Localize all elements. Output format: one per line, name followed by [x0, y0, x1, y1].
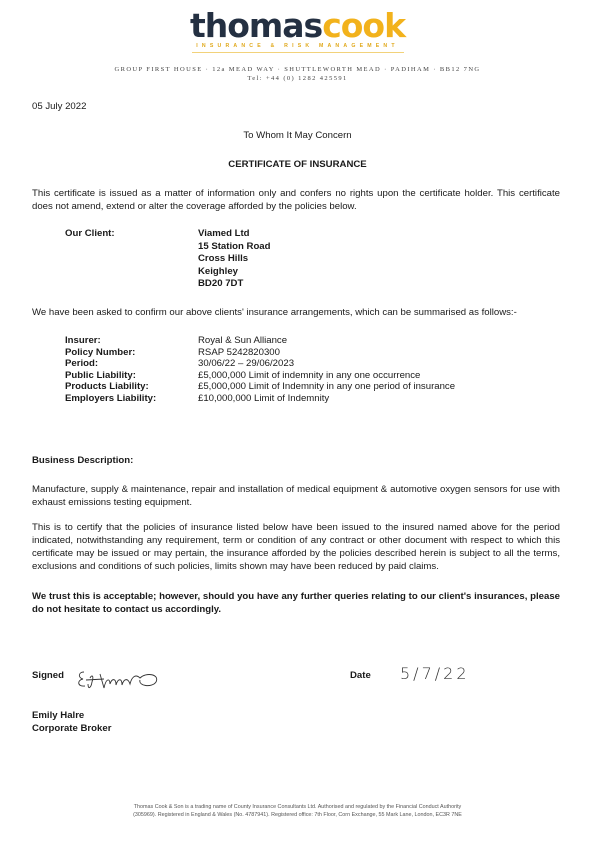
detail-value-insurer: Royal & Sun Alliance [198, 335, 455, 347]
business-description-heading: Business Description: [32, 455, 133, 466]
signatory-role: Corporate Broker [32, 722, 111, 735]
client-address-line: Cross Hills [198, 253, 271, 266]
detail-label-public-liability: Public Liability: [65, 370, 156, 382]
detail-value-products-liability: £5,000,000 Limit of Indemnity in any one… [198, 381, 455, 393]
handwritten-date: 5/7/22 [400, 664, 470, 683]
certificate-title: CERTIFICATE OF INSURANCE [0, 159, 595, 170]
signed-label: Signed [32, 670, 64, 681]
letterhead-phone: Tel: +44 (0) 1282 425591 [0, 74, 595, 83]
closing-paragraph: We trust this is acceptable; however, sh… [32, 590, 560, 616]
letter-date: 05 July 2022 [32, 101, 86, 112]
detail-label-policy-number: Policy Number: [65, 347, 156, 359]
detail-label-insurer: Insurer: [65, 335, 156, 347]
intro-paragraph: This certificate is issued as a matter o… [32, 187, 560, 213]
business-description: Manufacture, supply & maintenance, repai… [32, 483, 560, 509]
logo-divider [192, 52, 404, 53]
salutation: To Whom It May Concern [0, 130, 595, 141]
footer-line-1: Thomas Cook & Son is a trading name of C… [0, 804, 595, 812]
date-label: Date [350, 670, 371, 681]
detail-value-policy-number: RSAP 5242820300 [198, 347, 455, 359]
detail-label-employers-liability: Employers Liability: [65, 393, 156, 405]
logo-wordmark: thomascook [0, 8, 595, 44]
client-label: Our Client: [65, 228, 115, 239]
logo-text-cook: cook [322, 6, 405, 45]
legal-footer: Thomas Cook & Son is a trading name of C… [0, 804, 595, 819]
letterhead-address: GROUP FIRST HOUSE · 12a MEAD WAY · SHUTT… [0, 65, 595, 74]
signatory-name: Emily Halre [32, 709, 111, 722]
detail-value-public-liability: £5,000,000 Limit of indemnity in any one… [198, 370, 455, 382]
policy-details-labels: Insurer: Policy Number: Period: Public L… [65, 335, 156, 405]
signature-image [74, 664, 164, 694]
detail-value-period: 30/06/22 – 29/06/2023 [198, 358, 455, 370]
client-address-line: Keighley [198, 266, 271, 279]
detail-value-employers-liability: £10,000,000 Limit of Indemnity [198, 393, 455, 405]
client-address-line: BD20 7DT [198, 278, 271, 291]
signatory-block: Emily Halre Corporate Broker [32, 709, 111, 735]
client-address: Viamed Ltd 15 Station Road Cross Hills K… [198, 228, 271, 291]
client-address-line: Viamed Ltd [198, 228, 271, 241]
detail-label-products-liability: Products Liability: [65, 381, 156, 393]
letterhead-address-block: GROUP FIRST HOUSE · 12a MEAD WAY · SHUTT… [0, 65, 595, 83]
logo-text-thomas: thomas [190, 6, 322, 45]
certification-paragraph: This is to certify that the policies of … [32, 521, 560, 573]
footer-line-2: (305969). Registered in England & Wales … [0, 812, 595, 820]
company-logo: thomascook INSURANCE & RISK MANAGEMENT [0, 8, 595, 53]
client-address-line: 15 Station Road [198, 241, 271, 254]
logo-tagline: INSURANCE & RISK MANAGEMENT [0, 43, 595, 49]
summary-intro: We have been asked to confirm our above … [32, 306, 560, 319]
policy-details-values: Royal & Sun Alliance RSAP 5242820300 30/… [198, 335, 455, 405]
detail-label-period: Period: [65, 358, 156, 370]
